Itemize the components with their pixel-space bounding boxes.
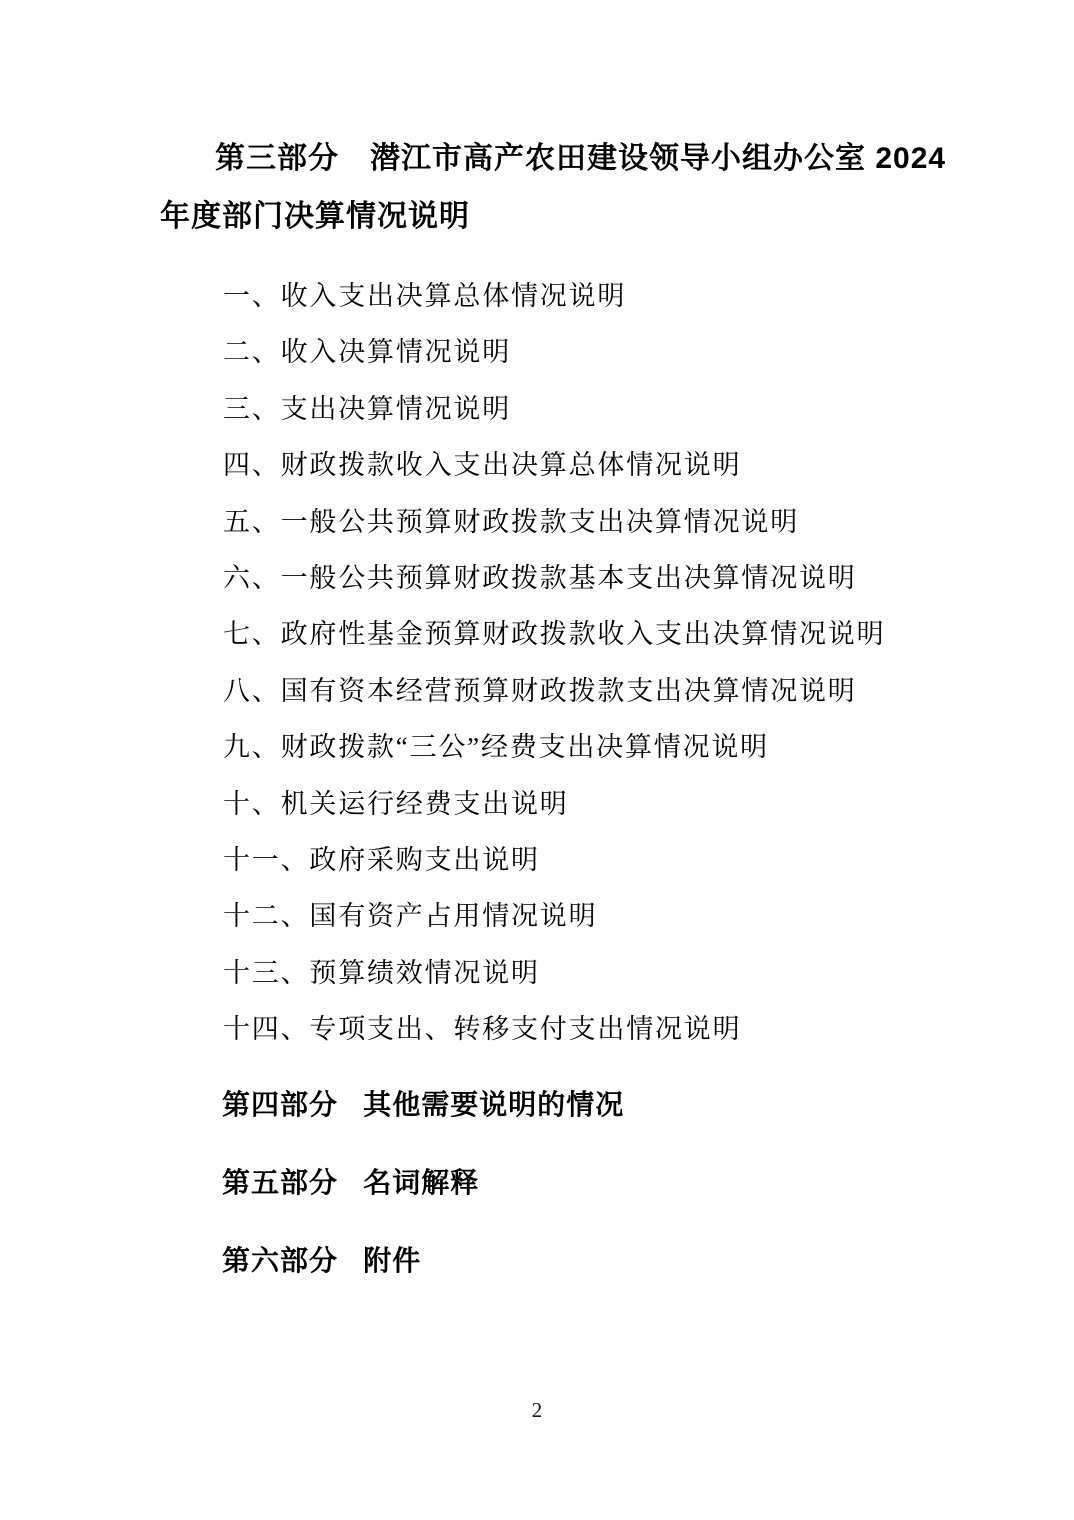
toc-item: 五、一般公共预算财政拨款支出决算情况说明 (223, 494, 919, 550)
part-five-title: 名词解释 (363, 1167, 479, 1198)
toc-item: 六、一般公共预算财政拨款基本支出决算情况说明 (223, 550, 919, 606)
section-three-heading: 第三部分 潜江市高产农田建设领导小组办公室 2024 年度部门决算情况说明 (160, 130, 919, 246)
part-five-label: 第五部分 (222, 1167, 338, 1198)
section-three-heading-line1: 第三部分 潜江市高产农田建设领导小组办公室 2024 (160, 130, 919, 188)
part-four-heading: 第四部分其他需要说明的情况 (222, 1076, 919, 1133)
toc-item: 三、支出决算情况说明 (223, 381, 919, 437)
part-six-label: 第六部分 (222, 1245, 338, 1276)
part-six-title: 附件 (363, 1245, 421, 1276)
toc-item: 八、国有资本经营预算财政拨款支出决算情况说明 (223, 663, 919, 719)
toc-item: 十一、政府采购支出说明 (223, 832, 919, 888)
toc-item: 十、机关运行经费支出说明 (223, 776, 919, 832)
part-four-label: 第四部分 (222, 1089, 338, 1120)
toc-item: 十四、专项支出、转移支付支出情况说明 (223, 1001, 919, 1057)
part-five-heading: 第五部分名词解释 (222, 1154, 919, 1211)
toc-item: 二、收入决算情况说明 (223, 324, 919, 380)
part-six-heading: 第六部分附件 (222, 1232, 919, 1289)
toc-item: 一、收入支出决算总体情况说明 (223, 268, 919, 324)
page-number: 2 (0, 1396, 1074, 1424)
toc-item: 十三、预算绩效情况说明 (223, 945, 919, 1001)
toc-item: 九、财政拨款“三公”经费支出决算情况说明 (223, 719, 919, 775)
section-three-heading-line2: 年度部门决算情况说明 (160, 188, 919, 246)
toc-item: 十二、国有资产占用情况说明 (223, 888, 919, 944)
toc-item: 四、财政拨款收入支出决算总体情况说明 (223, 437, 919, 493)
part-four-title: 其他需要说明的情况 (363, 1089, 624, 1120)
toc-list: 一、收入支出决算总体情况说明 二、收入决算情况说明 三、支出决算情况说明 四、财… (160, 268, 919, 1058)
document-page: 第三部分 潜江市高产农田建设领导小组办公室 2024 年度部门决算情况说明 一、… (0, 0, 1074, 1520)
toc-item: 七、政府性基金预算财政拨款收入支出决算情况说明 (223, 606, 919, 662)
part-headings-block: 第四部分其他需要说明的情况 第五部分名词解释 第六部分附件 (160, 1076, 919, 1289)
